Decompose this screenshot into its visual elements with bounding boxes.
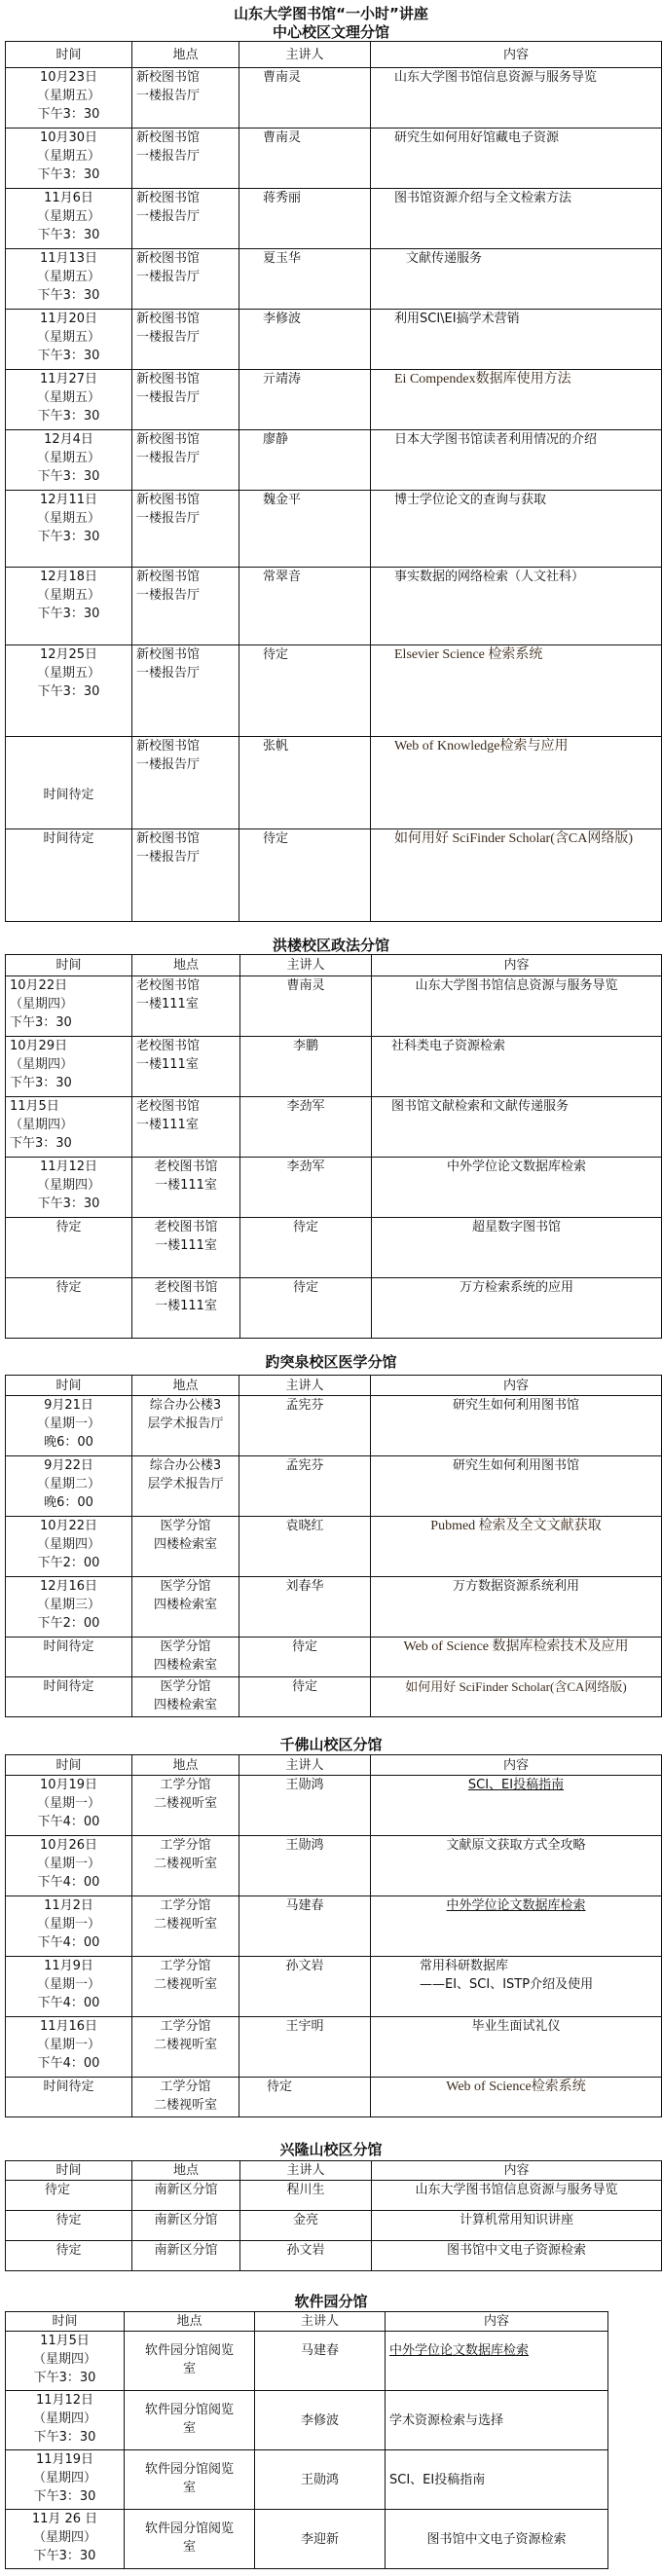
col-header-content: 内容 bbox=[371, 1755, 662, 1776]
table-row: 12月25日（星期五）下午3：30 新校图书馆一楼报告厅 待定 Elsevier… bbox=[6, 645, 662, 737]
cell-time: 时间待定 bbox=[6, 2078, 132, 2117]
cell-content: 中外学位论文数据库检索 bbox=[386, 2332, 608, 2391]
cell-content: 研究生如何利用图书馆 bbox=[371, 1456, 662, 1517]
lecture-link[interactable]: 中外学位论文数据库检索 bbox=[389, 2343, 529, 2358]
cell-time: 11月2日（星期一）下午4：00 bbox=[6, 1896, 132, 1957]
cell-speaker: 李迎新 bbox=[255, 2510, 386, 2569]
table-header-row: 时间 地点 主讲人 内容 bbox=[6, 2312, 608, 2332]
cell-content: SCI、EI投稿指南 bbox=[371, 1776, 662, 1836]
cell-speaker: 马建春 bbox=[255, 2332, 386, 2391]
cell-place: 老校图书馆一楼111室 bbox=[132, 1158, 240, 1218]
col-header-speaker: 主讲人 bbox=[239, 1755, 371, 1776]
cell-speaker: 孟宪芬 bbox=[239, 1396, 371, 1456]
cell-content: 图书馆中文电子资源检索 bbox=[372, 2241, 662, 2271]
cell-speaker: 孙文岩 bbox=[240, 2241, 372, 2271]
table-row: 11月6日（星期五）下午3：30 新校图书馆一楼报告厅 蒋秀丽 图书馆资源介绍与… bbox=[6, 189, 662, 249]
cell-speaker: 李修波 bbox=[255, 2391, 386, 2450]
cell-time: 10月22日（星期四）下午2：00 bbox=[6, 1517, 132, 1577]
cell-speaker: 王宇明 bbox=[239, 2017, 371, 2078]
table-row: 9月22日（星期二）晚6：00 综合办公楼3层学术报告厅 孟宪芬 研究生如何利用… bbox=[6, 1456, 662, 1517]
table-row: 11月19日（星期四）下午3：30 软件园分馆阅览室 王勋鸿 SCI、EI投稿指… bbox=[6, 2450, 608, 2510]
cell-content: 图书馆文献检索和文献传递服务 bbox=[372, 1097, 662, 1158]
cell-speaker: 马建春 bbox=[239, 1896, 371, 1957]
cell-time: 12月11日（星期五）下午3：30 bbox=[6, 491, 132, 568]
cell-speaker: 待定 bbox=[239, 1638, 371, 1677]
cell-time: 待定 bbox=[6, 2211, 132, 2241]
cell-time: 11月20日（星期五）下午3：30 bbox=[6, 310, 132, 370]
cell-speaker: 常翠音 bbox=[239, 568, 371, 645]
cell-content: 日本大学图书馆读者利用情况的介绍 bbox=[371, 430, 662, 491]
cell-content: 超星数字图书馆 bbox=[372, 1218, 662, 1278]
cell-speaker: 王勋鸿 bbox=[239, 1776, 371, 1836]
cell-time: 11月5日（星期四）下午3：30 bbox=[6, 1097, 132, 1158]
cell-speaker: 待定 bbox=[239, 1677, 371, 1717]
table-row: 11月12日（星期四）下午3：30 老校图书馆一楼111室 李劲军 中外学位论文… bbox=[6, 1158, 662, 1218]
cell-content: Pubmed 检索及全文文献获取 bbox=[371, 1517, 662, 1577]
cell-speaker: 曹南灵 bbox=[240, 976, 372, 1037]
col-header-time: 时间 bbox=[6, 1376, 132, 1396]
cell-speaker: 袁晓红 bbox=[239, 1517, 371, 1577]
table-row: 时间待定 医学分馆四楼检索室 待定 Web of Science 数据库检索技术… bbox=[6, 1638, 662, 1677]
cell-place: 工学分馆二楼视听室 bbox=[132, 1896, 239, 1957]
cell-content: 计算机常用知识讲座 bbox=[372, 2211, 662, 2241]
cell-content: 图书馆资源介绍与全文检索方法 bbox=[371, 189, 662, 249]
table-row: 待定 南新区分馆 金亮 计算机常用知识讲座 bbox=[6, 2211, 662, 2241]
table-row: 待定 老校图书馆一楼111室 待定 超星数字图书馆 bbox=[6, 1218, 662, 1278]
cell-time: 时间待定 bbox=[6, 1677, 132, 1717]
cell-time: 12月4日（星期五）下午3：30 bbox=[6, 430, 132, 491]
cell-speaker: 待定 bbox=[239, 829, 371, 922]
table-row: 待定 南新区分馆 孙文岩 图书馆中文电子资源检索 bbox=[6, 2241, 662, 2271]
table-row: 时间待定 新校图书馆一楼报告厅 待定 如何用好 SciFinder Schola… bbox=[6, 829, 662, 922]
cell-time: 12月25日（星期五）下午3：30 bbox=[6, 645, 132, 737]
section-title: 洪楼校区政法分馆 bbox=[0, 936, 662, 955]
cell-place: 软件园分馆阅览室 bbox=[125, 2510, 255, 2569]
cell-place: 新校图书馆一楼报告厅 bbox=[132, 645, 239, 737]
cell-speaker: 夏玉华 bbox=[239, 249, 371, 310]
table-header-row: 时间 地点 主讲人 内容 bbox=[6, 955, 662, 976]
table-row: 11月20日（星期五）下午3：30 新校图书馆一楼报告厅 李修波 利用SCI\E… bbox=[6, 310, 662, 370]
cell-time: 待定 bbox=[6, 1218, 132, 1278]
lecture-link[interactable]: SCI、EI投稿指南 bbox=[468, 1778, 564, 1792]
schedule-table-xinglongshan: 时间 地点 主讲人 内容 待定 南新区分馆 程川生 山东大学图书馆信息资源与服务… bbox=[5, 2160, 662, 2271]
cell-place: 新校图书馆一楼报告厅 bbox=[132, 129, 239, 189]
cell-time: 11月9日（星期一）下午4：00 bbox=[6, 1957, 132, 2017]
cell-place: 新校图书馆一楼报告厅 bbox=[132, 68, 239, 129]
col-header-content: 内容 bbox=[372, 2161, 662, 2181]
cell-speaker: 王勋鸿 bbox=[239, 1836, 371, 1896]
cell-content: 如何用好 SciFinder Scholar(含CA网络版) bbox=[371, 829, 662, 922]
table-row: 11月9日（星期一）下午4：00 工学分馆二楼视听室 孙文岩 常用科研数据库——… bbox=[6, 1957, 662, 2017]
cell-speaker: 孙文岩 bbox=[239, 1957, 371, 2017]
col-header-content: 内容 bbox=[371, 42, 662, 68]
cell-time: 9月21日（星期一）晚6：00 bbox=[6, 1396, 132, 1456]
cell-speaker: 刘春华 bbox=[239, 1577, 371, 1638]
cell-content: Elsevier Science 检索系统 bbox=[371, 645, 662, 737]
cell-time: 9月22日（星期二）晚6：00 bbox=[6, 1456, 132, 1517]
cell-place: 老校图书馆一楼111室 bbox=[132, 1097, 240, 1158]
cell-time: 10月26日（星期一）下午4：00 bbox=[6, 1836, 132, 1896]
cell-content: 利用SCI\EI搞学术营销 bbox=[371, 310, 662, 370]
cell-content: Web of Knowledge检索与应用 bbox=[371, 737, 662, 829]
table-header-row: 时间 地点 主讲人 内容 bbox=[6, 2161, 662, 2181]
cell-content: 研究生如何利用图书馆 bbox=[371, 1396, 662, 1456]
cell-speaker: 曹南灵 bbox=[239, 68, 371, 129]
section-title: 软件园分馆 bbox=[0, 2292, 662, 2311]
section-title: 兴隆山校区分馆 bbox=[0, 2140, 662, 2159]
cell-place: 工学分馆二楼视听室 bbox=[132, 1957, 239, 2017]
table-row: 10月30日（星期五）下午3：30 新校图书馆一楼报告厅 曹南灵 研究生如何用好… bbox=[6, 129, 662, 189]
col-header-place: 地点 bbox=[132, 1376, 239, 1396]
cell-place: 新校图书馆一楼报告厅 bbox=[132, 310, 239, 370]
cell-place: 医学分馆四楼检索室 bbox=[132, 1517, 239, 1577]
lecture-link[interactable]: 中外学位论文数据库检索 bbox=[446, 1898, 585, 1913]
cell-time: 待定 bbox=[6, 1278, 132, 1339]
table-row: 10月22日（星期四）下午2：00 医学分馆四楼检索室 袁晓红 Pubmed 检… bbox=[6, 1517, 662, 1577]
cell-time: 11月 26 日（星期四）下午3：30 bbox=[6, 2510, 125, 2569]
schedule-table-wenli: 时间 地点 主讲人 内容 10月23日（星期五）下午3：30 新校图书馆一楼报告… bbox=[5, 41, 662, 922]
table-row: 时间待定 工学分馆二楼视听室 待定 Web of Science检索系统 bbox=[6, 2078, 662, 2117]
cell-content: 山东大学图书馆信息资源与服务导览 bbox=[372, 976, 662, 1037]
table-row: 时间待定 新校图书馆一楼报告厅 张帆 Web of Knowledge检索与应用 bbox=[6, 737, 662, 829]
cell-speaker: 金亮 bbox=[240, 2211, 372, 2241]
cell-place: 南新区分馆 bbox=[132, 2181, 240, 2211]
page-title: 山东大学图书馆“一小时”讲座 bbox=[0, 4, 662, 23]
cell-place: 新校图书馆一楼报告厅 bbox=[132, 737, 239, 829]
cell-time: 11月27日（星期五）下午3：30 bbox=[6, 370, 132, 430]
cell-place: 医学分馆四楼检索室 bbox=[132, 1577, 239, 1638]
cell-time: 待定 bbox=[6, 2181, 132, 2211]
col-header-speaker: 主讲人 bbox=[255, 2312, 386, 2332]
cell-time: 时间待定 bbox=[6, 737, 132, 829]
cell-place: 老校图书馆一楼111室 bbox=[132, 1037, 240, 1097]
cell-place: 老校图书馆一楼111室 bbox=[132, 1278, 240, 1339]
cell-content: 中外学位论文数据库检索 bbox=[371, 1896, 662, 1957]
cell-content: 山东大学图书馆信息资源与服务导览 bbox=[371, 68, 662, 129]
schedule-table-qianfoshan: 时间 地点 主讲人 内容 10月19日（星期一）下午4：00 工学分馆二楼视听室… bbox=[5, 1754, 662, 2117]
cell-speaker: 程川生 bbox=[240, 2181, 372, 2211]
cell-time: 11月16日（星期一）下午4：00 bbox=[6, 2017, 132, 2078]
cell-speaker: 孟宪芬 bbox=[239, 1456, 371, 1517]
cell-time: 10月30日（星期五）下午3：30 bbox=[6, 129, 132, 189]
col-header-time: 时间 bbox=[6, 1755, 132, 1776]
cell-place: 软件园分馆阅览室 bbox=[125, 2450, 255, 2510]
table-row: 9月21日（星期一）晚6：00 综合办公楼3层学术报告厅 孟宪芬 研究生如何利用… bbox=[6, 1396, 662, 1456]
table-row: 待定 老校图书馆一楼111室 待定 万方检索系统的应用 bbox=[6, 1278, 662, 1339]
cell-place: 医学分馆四楼检索室 bbox=[132, 1677, 239, 1717]
table-row: 11月27日（星期五）下午3：30 新校图书馆一楼报告厅 亓靖涛 Ei Comp… bbox=[6, 370, 662, 430]
cell-place: 软件园分馆阅览室 bbox=[125, 2332, 255, 2391]
cell-content: 如何用好 SciFinder Scholar(含CA网络版) bbox=[371, 1677, 662, 1717]
section-title: 千佛山校区分馆 bbox=[0, 1735, 662, 1754]
cell-place: 老校图书馆一楼111室 bbox=[132, 1218, 240, 1278]
col-header-place: 地点 bbox=[132, 955, 240, 976]
table-row: 12月4日（星期五）下午3：30 新校图书馆一楼报告厅 廖静 日本大学图书馆读者… bbox=[6, 430, 662, 491]
cell-speaker: 待定 bbox=[240, 1218, 372, 1278]
cell-time: 11月12日（星期四）下午3：30 bbox=[6, 2391, 125, 2450]
schedule-table-baotuquan: 时间 地点 主讲人 内容 9月21日（星期一）晚6：00 综合办公楼3层学术报告… bbox=[5, 1375, 662, 1717]
cell-time: 11月6日（星期五）下午3：30 bbox=[6, 189, 132, 249]
table-row: 11月5日（星期四）下午3：30 软件园分馆阅览室 马建春 中外学位论文数据库检… bbox=[6, 2332, 608, 2391]
section-title: 中心校区文理分馆 bbox=[0, 22, 662, 42]
cell-speaker: 待定 bbox=[239, 2078, 371, 2117]
col-header-place: 地点 bbox=[132, 1755, 239, 1776]
cell-time: 12月18日（星期五）下午3：30 bbox=[6, 568, 132, 645]
col-header-time: 时间 bbox=[6, 955, 132, 976]
cell-time: 11月12日（星期四）下午3：30 bbox=[6, 1158, 132, 1218]
cell-speaker: 李修波 bbox=[239, 310, 371, 370]
cell-content: 万方数据资源系统利用 bbox=[371, 1577, 662, 1638]
table-row: 11月5日（星期四）下午3：30 老校图书馆一楼111室 李劲军 图书馆文献检索… bbox=[6, 1097, 662, 1158]
cell-speaker: 李鹏 bbox=[240, 1037, 372, 1097]
cell-place: 新校图书馆一楼报告厅 bbox=[132, 829, 239, 922]
table-row: 10月22日（星期四）下午3：30 老校图书馆一楼111室 曹南灵 山东大学图书… bbox=[6, 976, 662, 1037]
cell-content: 万方检索系统的应用 bbox=[372, 1278, 662, 1339]
cell-content: 毕业生面试礼仪 bbox=[371, 2017, 662, 2078]
cell-place: 工学分馆二楼视听室 bbox=[132, 2078, 239, 2117]
col-header-time: 时间 bbox=[6, 2312, 125, 2332]
table-header-row: 时间 地点 主讲人 内容 bbox=[6, 1755, 662, 1776]
cell-speaker: 李劲军 bbox=[240, 1158, 372, 1218]
cell-speaker: 待定 bbox=[240, 1278, 372, 1339]
table-row: 10月23日（星期五）下午3：30 新校图书馆一楼报告厅 曹南灵 山东大学图书馆… bbox=[6, 68, 662, 129]
table-row: 11月2日（星期一）下午4：00 工学分馆二楼视听室 马建春 中外学位论文数据库… bbox=[6, 1896, 662, 1957]
col-header-place: 地点 bbox=[125, 2312, 255, 2332]
cell-content: 图书馆中文电子资源检索 bbox=[386, 2510, 608, 2569]
cell-content: 中外学位论文数据库检索 bbox=[372, 1158, 662, 1218]
cell-speaker: 张帆 bbox=[239, 737, 371, 829]
cell-place: 工学分馆二楼视听室 bbox=[132, 1836, 239, 1896]
table-row: 12月11日（星期五）下午3：30 新校图书馆一楼报告厅 魏金平 博士学位论文的… bbox=[6, 491, 662, 568]
cell-speaker: 廖静 bbox=[239, 430, 371, 491]
cell-speaker: 王勋鸿 bbox=[255, 2450, 386, 2510]
col-header-speaker: 主讲人 bbox=[239, 42, 371, 68]
cell-content: 学术资源检索与选择 bbox=[386, 2391, 608, 2450]
cell-time: 11月5日（星期四）下午3：30 bbox=[6, 2332, 125, 2391]
cell-place: 新校图书馆一楼报告厅 bbox=[132, 249, 239, 310]
table-row: 时间待定 医学分馆四楼检索室 待定 如何用好 SciFinder Scholar… bbox=[6, 1677, 662, 1717]
cell-place: 工学分馆二楼视听室 bbox=[132, 2017, 239, 2078]
table-header-row: 时间 地点 主讲人 内容 bbox=[6, 42, 662, 68]
col-header-speaker: 主讲人 bbox=[239, 1376, 371, 1396]
cell-speaker: 曹南灵 bbox=[239, 129, 371, 189]
cell-content: 研究生如何用好馆藏电子资源 bbox=[371, 129, 662, 189]
table-row: 11月16日（星期一）下午4：00 工学分馆二楼视听室 王宇明 毕业生面试礼仪 bbox=[6, 2017, 662, 2078]
cell-place: 南新区分馆 bbox=[132, 2241, 240, 2271]
cell-speaker: 待定 bbox=[239, 645, 371, 737]
cell-content: 事实数据的网络检索（人文社科） bbox=[371, 568, 662, 645]
cell-time: 10月23日（星期五）下午3：30 bbox=[6, 68, 132, 129]
cell-content: Ei Compendex数据库使用方法 bbox=[371, 370, 662, 430]
cell-content: Web of Science检索系统 bbox=[371, 2078, 662, 2117]
cell-place: 老校图书馆一楼111室 bbox=[132, 976, 240, 1037]
section-title: 趵突泉校区医学分馆 bbox=[0, 1352, 662, 1372]
cell-time: 10月29日（星期四）下午3：30 bbox=[6, 1037, 132, 1097]
cell-speaker: 魏金平 bbox=[239, 491, 371, 568]
cell-content: 山东大学图书馆信息资源与服务导览 bbox=[372, 2181, 662, 2211]
schedule-table-honglou: 时间 地点 主讲人 内容 10月22日（星期四）下午3：30 老校图书馆一楼11… bbox=[5, 954, 662, 1339]
cell-content: 博士学位论文的查询与获取 bbox=[371, 491, 662, 568]
table-row: 11月 26 日（星期四）下午3：30 软件园分馆阅览室 李迎新 图书馆中文电子… bbox=[6, 2510, 608, 2569]
table-row: 12月18日（星期五）下午3：30 新校图书馆一楼报告厅 常翠音 事实数据的网络… bbox=[6, 568, 662, 645]
cell-content: 常用科研数据库——EI、SCI、ISTP介绍及使用 bbox=[371, 1957, 662, 2017]
col-header-speaker: 主讲人 bbox=[240, 955, 372, 976]
cell-content: 社科类电子资源检索 bbox=[372, 1037, 662, 1097]
table-row: 11月12日（星期四）下午3：30 软件园分馆阅览室 李修波 学术资源检索与选择 bbox=[6, 2391, 608, 2450]
cell-content: Web of Science 数据库检索技术及应用 bbox=[371, 1638, 662, 1677]
col-header-time: 时间 bbox=[6, 42, 132, 68]
cell-time: 12月16日（星期三）下午2：00 bbox=[6, 1577, 132, 1638]
cell-time: 10月22日（星期四）下午3：30 bbox=[6, 976, 132, 1037]
cell-speaker: 亓靖涛 bbox=[239, 370, 371, 430]
cell-time: 待定 bbox=[6, 2241, 132, 2271]
cell-time: 10月19日（星期一）下午4：00 bbox=[6, 1776, 132, 1836]
cell-place: 新校图书馆一楼报告厅 bbox=[132, 491, 239, 568]
cell-speaker: 李劲军 bbox=[240, 1097, 372, 1158]
cell-place: 新校图书馆一楼报告厅 bbox=[132, 568, 239, 645]
cell-place: 综合办公楼3层学术报告厅 bbox=[132, 1396, 239, 1456]
cell-place: 南新区分馆 bbox=[132, 2211, 240, 2241]
table-row: 10月29日（星期四）下午3：30 老校图书馆一楼111室 李鹏 社科类电子资源… bbox=[6, 1037, 662, 1097]
table-header-row: 时间 地点 主讲人 内容 bbox=[6, 1376, 662, 1396]
col-header-content: 内容 bbox=[371, 1376, 662, 1396]
cell-place: 新校图书馆一楼报告厅 bbox=[132, 189, 239, 249]
cell-time: 时间待定 bbox=[6, 829, 132, 922]
cell-place: 新校图书馆一楼报告厅 bbox=[132, 370, 239, 430]
table-row: 10月19日（星期一）下午4：00 工学分馆二楼视听室 王勋鸿 SCI、EI投稿… bbox=[6, 1776, 662, 1836]
cell-place: 医学分馆四楼检索室 bbox=[132, 1638, 239, 1677]
col-header-place: 地点 bbox=[132, 42, 239, 68]
cell-content: 文献传递服务 bbox=[371, 249, 662, 310]
col-header-speaker: 主讲人 bbox=[240, 2161, 372, 2181]
cell-content: 文献原文获取方式全攻略 bbox=[371, 1836, 662, 1896]
table-row: 10月26日（星期一）下午4：00 工学分馆二楼视听室 王勋鸿 文献原文获取方式… bbox=[6, 1836, 662, 1896]
col-header-content: 内容 bbox=[386, 2312, 608, 2332]
table-row: 12月16日（星期三）下午2：00 医学分馆四楼检索室 刘春华 万方数据资源系统… bbox=[6, 1577, 662, 1638]
cell-place: 新校图书馆一楼报告厅 bbox=[132, 430, 239, 491]
cell-place: 软件园分馆阅览室 bbox=[125, 2391, 255, 2450]
cell-place: 综合办公楼3层学术报告厅 bbox=[132, 1456, 239, 1517]
table-row: 11月13日（星期五）下午3：30 新校图书馆一楼报告厅 夏玉华 文献传递服务 bbox=[6, 249, 662, 310]
col-header-place: 地点 bbox=[132, 2161, 240, 2181]
schedule-table-software-park: 时间 地点 主讲人 内容 11月5日（星期四）下午3：30 软件园分馆阅览室 马… bbox=[5, 2311, 608, 2569]
cell-content: SCI、EI投稿指南 bbox=[386, 2450, 608, 2510]
cell-time: 11月19日（星期四）下午3：30 bbox=[6, 2450, 125, 2510]
col-header-time: 时间 bbox=[6, 2161, 132, 2181]
cell-time: 11月13日（星期五）下午3：30 bbox=[6, 249, 132, 310]
table-row: 待定 南新区分馆 程川生 山东大学图书馆信息资源与服务导览 bbox=[6, 2181, 662, 2211]
cell-place: 工学分馆二楼视听室 bbox=[132, 1776, 239, 1836]
col-header-content: 内容 bbox=[372, 955, 662, 976]
cell-time: 时间待定 bbox=[6, 1638, 132, 1677]
cell-speaker: 蒋秀丽 bbox=[239, 189, 371, 249]
